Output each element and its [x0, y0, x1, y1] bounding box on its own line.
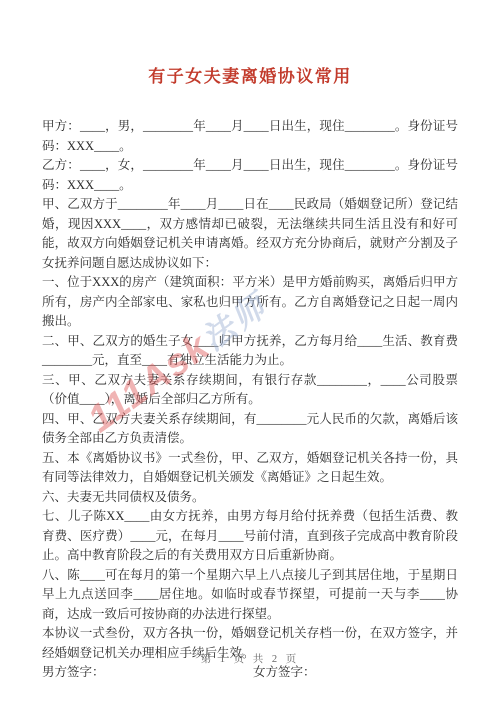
- paragraph: 乙方：____，女，________年____月____日出生，现住______…: [42, 156, 458, 195]
- male-signature-label: 男方签字：: [42, 665, 105, 679]
- document-title: 有子女夫妻离婚协议常用: [0, 62, 500, 87]
- paragraph: 五、本《离婚协议书》一式叁份，甲、乙双方，婚姻登记机关各持一份，具有同等法律效力…: [42, 449, 458, 488]
- paragraph: 八、陈____可在每月的第一个星期六早上八点接儿子到其居住地，于星期日早上九点送…: [42, 566, 458, 625]
- paragraph: 甲方：____，男，________年____月____日出生，现住______…: [42, 117, 458, 156]
- paragraph: 六、夫妻无共同债权及债务。: [42, 488, 458, 508]
- paragraph: 七、儿子陈XX____由女方抚养，由男方每月给付抚养费（包括生活费、教育费、医疗…: [42, 507, 458, 566]
- document-page: 111Ask法师 有子女夫妻离婚协议常用 甲方：____，男，________年…: [0, 0, 500, 706]
- document-body: 甲方：____，男，________年____月____日出生，现住______…: [0, 103, 500, 663]
- page-number-indicator: 第 1 页 共 2 页: [0, 651, 500, 666]
- paragraph: 四、甲、乙双方夫妻关系存续期间，有________元人民币的欠款，离婚后该债务全…: [42, 410, 458, 449]
- paragraph: 二、甲、乙双方的婚生子女____归甲方抚养，乙方每月给____生活、教育费___…: [42, 332, 458, 371]
- paragraph: 甲、乙双方于________年____月____日在____民政局（婚姻登记所）…: [42, 195, 458, 273]
- paragraph: 三、甲、乙双方夫妻关系存续期间，有银行存款________，____公司股票（价…: [42, 371, 458, 410]
- paragraph: 一、位于XXX的房产（建筑面积：平方米）是甲方婚前购买，离婚后归甲方所有，房产内…: [42, 273, 458, 332]
